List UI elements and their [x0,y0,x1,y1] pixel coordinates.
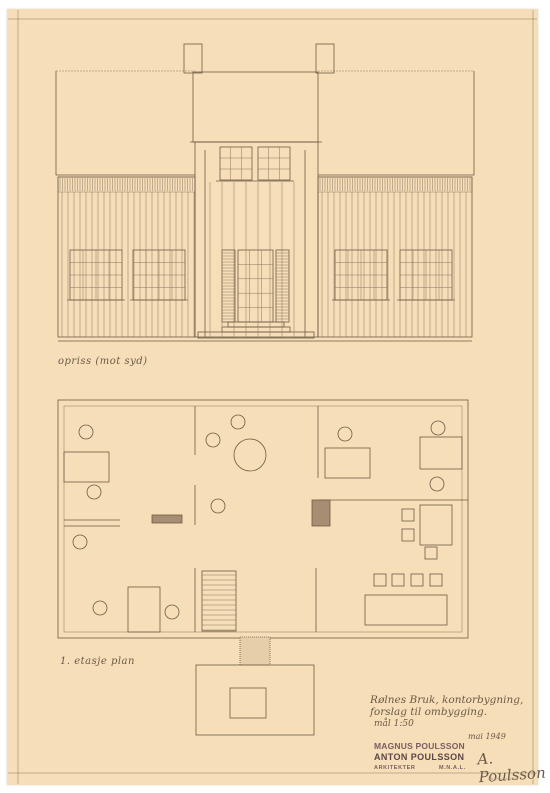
date-note: mai 1949 [468,732,506,741]
window-panes [70,147,452,322]
floor-plan-drawing [58,400,468,735]
stair-treads [202,575,236,630]
architect-stamp-line3-right: M.N.A.L. [439,765,466,771]
archive-stamp: KB Oslo nr. 5006 [488,776,518,781]
architectural-drawing [0,0,550,793]
architect-stamp-line1: MAGNUS POULSSON [374,741,465,751]
furniture-chairs [73,415,445,619]
architect-stamp-line3-left: ARKITEKTER [374,765,415,771]
project-title-line2: forslag til ombygging. [370,706,487,718]
elevation-label: opriss (mot syd) [58,356,148,367]
scale-note: mål 1:50 [374,719,414,729]
title-block: Rølnes Bruk, kontorbygning, forslag til … [366,694,536,784]
sheet-border [8,10,537,784]
elevation-drawing [56,44,474,341]
project-title-line1: Rølnes Bruk, kontorbygning, [370,694,523,706]
floor-plan-label: 1. etasje plan [60,656,135,667]
wall-siding [60,178,470,337]
architect-stamp-line2: ANTON POULSSON [374,752,464,762]
